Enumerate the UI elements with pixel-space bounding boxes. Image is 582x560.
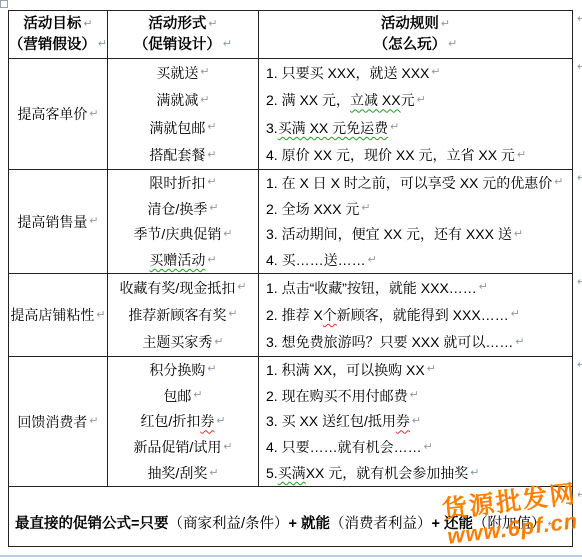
header-cell-form[interactable]: 活动形式↵（促销设计）↵	[108, 11, 259, 58]
goal-cell[interactable]: 提高店铺粘性↵	[9, 274, 108, 356]
rule-line: 5. 买满 XX 元，就有机会参加抽奖↵	[266, 466, 479, 480]
text-segment: 主题买家秀	[142, 335, 212, 349]
line-break-mark: ↵	[207, 364, 216, 375]
header-line: 活动规则↵	[381, 17, 450, 32]
line-break-mark: ↵	[412, 416, 421, 427]
line-break-mark: ↵	[207, 122, 216, 133]
rule-cell[interactable]: 1. 在 X 日 X 时之前，可以享受 XX 元的优惠价↵2. 全场 XXX 元…	[259, 170, 572, 273]
text-segment: 新品促销/试用	[133, 440, 221, 454]
form-line: 搭配套餐↵	[149, 148, 216, 162]
text-segment: 搭配套餐	[149, 148, 205, 162]
formula-keyword: + 还能	[432, 517, 474, 532]
line-break-mark: ↵	[223, 229, 232, 240]
text-segment: 提高销售量	[17, 215, 87, 229]
rule-line: 3. 买满 XX 元免运费↵	[266, 121, 399, 135]
form-line: 包邮↵	[163, 389, 202, 403]
text-segment: 收藏有奖/现金抵扣	[119, 281, 235, 295]
text-segment: 回馈消费者	[17, 415, 87, 429]
rule-line: 3. 活动期间，便宜 XX 元，还有 XXX 送↵	[266, 227, 523, 241]
table-header-row: 活动目标↵（营销假设）↵活动形式↵（促销设计）↵活动规则↵（怎么玩）↵	[9, 11, 572, 59]
line-break-mark: ↵	[424, 442, 433, 453]
header-line: （促销设计）↵	[134, 38, 232, 53]
line-break-mark: ↵	[193, 390, 202, 401]
line-break-mark: ↵	[514, 229, 523, 240]
form-cell[interactable]: 积分换购↵包邮↵红包/折扣券↵新品促销/试用↵抽奖/刮奖↵	[108, 357, 259, 486]
form-line: 积分换购↵	[149, 363, 216, 377]
line-break-mark: ↵	[223, 442, 232, 453]
line-break-mark: ↵	[96, 310, 105, 321]
formula-text: （商家利益/条件）	[168, 517, 288, 532]
goal-label: 提高销售量↵	[17, 215, 98, 229]
goal-cell[interactable]: 回馈消费者↵	[9, 357, 108, 486]
form-cell[interactable]: 买就送↵满就减↵满就包邮↵搭配套餐↵	[108, 59, 259, 169]
text-segment: 1. 点击“收藏”按钮，就能 XXX……	[266, 281, 477, 295]
form-line: 买赠活动↵	[149, 253, 216, 267]
text-segment: 2. 满 XX 元，	[266, 93, 350, 107]
text-segment: 活动形式	[148, 17, 206, 32]
text-segment: 买就送	[156, 66, 198, 80]
line-break-mark: ↵	[89, 109, 98, 120]
rule-line: 4. 原价 XX 元，现价 XX 元，立省 XX 元↵	[266, 148, 526, 162]
text-segment: （促销设计）	[134, 38, 221, 53]
line-break-mark: ↵	[207, 150, 216, 161]
text-segment: 4. 买……送……	[266, 253, 366, 267]
line-break-mark: ↵	[83, 19, 92, 30]
formula-text: （附加值）	[473, 517, 546, 532]
line-break-mark: ↵	[208, 19, 217, 30]
formula-line: 最直接的促销公式=只要（商家利益/条件）+ 就能（消费者利益）+ 还能（附加值）…	[15, 517, 557, 532]
line-break-mark: ↵	[361, 203, 370, 214]
rule-cell[interactable]: 1. 点击“收藏”按钮，就能 XXX……↵2. 推荐 X 个新顾客，就能得到 X…	[259, 274, 572, 356]
form-line: 红包/折扣券↵	[140, 414, 225, 428]
text-segment: 元	[401, 93, 415, 107]
text-segment: （营销假设）	[9, 38, 96, 53]
text-segment: （怎么玩）	[374, 38, 447, 53]
spellcheck-red-underline: 券	[396, 414, 410, 428]
table-group-row: 提高销售量↵限时折扣↵清仓/换季↵季节/庆典促销↵买赠活动↵1. 在 X 日 X…	[9, 170, 572, 274]
form-line: 抽奖/刮奖↵	[147, 466, 218, 480]
line-break-mark: ↵	[511, 309, 520, 320]
header-cell-goal[interactable]: 活动目标↵（营销假设）↵	[9, 11, 108, 58]
page-edge-line	[0, 555, 582, 557]
text-segment: 4. 原价 XX 元，现价 XX 元，立省 XX 元	[266, 148, 515, 162]
rule-cell[interactable]: 1. 积满 XX，可以换购 XX↵2. 现在购买不用付邮费↵3. 买 XX 送红…	[259, 357, 572, 486]
promotion-table: 活动目标↵（营销假设）↵活动形式↵（促销设计）↵活动规则↵（怎么玩）↵提高客单价…	[8, 10, 573, 547]
line-break-mark: ↵	[89, 416, 98, 427]
form-line: 新品促销/试用↵	[133, 440, 232, 454]
rule-line: 1. 只要买 XXX，就送 XXX↵	[266, 66, 441, 80]
formula-row: 最直接的促销公式=只要（商家利益/条件）+ 就能（消费者利益）+ 还能（附加值）…	[9, 487, 572, 546]
header-line: （营销假设）↵	[9, 38, 107, 53]
text-segment: 1. 在 X 日 X 时之前，可以享受 XX 元的优惠价	[266, 176, 552, 190]
form-line: 收藏有奖/现金抵扣↵	[119, 281, 246, 295]
form-line: 限时折扣↵	[149, 176, 216, 190]
spellcheck-red-underline: 券	[200, 414, 214, 428]
line-break-mark: ↵	[200, 95, 209, 106]
line-break-mark: ↵	[479, 282, 488, 293]
formula-keyword: + 就能	[289, 517, 331, 532]
line-break-mark: ↵	[209, 468, 218, 479]
line-break-mark: ↵	[410, 390, 419, 401]
form-cell[interactable]: 限时折扣↵清仓/换季↵季节/庆典促销↵买赠活动↵	[108, 170, 259, 273]
goal-cell[interactable]: 提高销售量↵	[9, 170, 108, 273]
formula-keyword: 最直接的促销公式=只要	[15, 517, 168, 532]
row-end-mark: ↵	[577, 490, 582, 501]
line-break-mark: ↵	[517, 150, 526, 161]
text-segment: 3.	[266, 121, 278, 135]
text-segment: 积分换购	[149, 363, 205, 377]
goal-label: 提高店铺粘性↵	[10, 308, 105, 322]
text-segment: 提高客单价	[17, 107, 87, 121]
table-group-row: 回馈消费者↵积分换购↵包邮↵红包/折扣券↵新品促销/试用↵抽奖/刮奖↵1. 积满…	[9, 357, 572, 487]
text-segment: 清仓/换季	[147, 202, 207, 216]
rule-cell[interactable]: 1. 只要买 XXX，就送 XXX↵2. 满 XX 元，立减 XX 元↵3. 买…	[259, 59, 572, 169]
rule-line: 4. 只要……就有机会……↵	[266, 440, 433, 454]
line-break-mark: ↵	[427, 364, 436, 375]
table-move-handle-icon[interactable]	[0, 0, 8, 8]
text-segment: 2. 现在购买不用付邮费	[266, 389, 408, 403]
rule-line: 1. 在 X 日 X 时之前，可以享受 XX 元的优惠价↵	[266, 176, 563, 190]
table-group-row: 提高店铺粘性↵收藏有奖/现金抵扣↵推荐新顾客有奖↵主题买家秀↵1. 点击“收藏”…	[9, 274, 572, 357]
line-break-mark: ↵	[207, 177, 216, 188]
line-break-mark: ↵	[207, 255, 216, 266]
goal-cell[interactable]: 提高客单价↵	[9, 59, 108, 169]
text-segment: 2. 推荐 X	[266, 308, 323, 322]
goal-label: 提高客单价↵	[17, 107, 98, 121]
text-segment: 提高店铺粘性	[10, 308, 94, 322]
rule-line: 2. 推荐 X 个新顾客，就能得到 XXX……↵	[266, 308, 520, 322]
text-segment: 限时折扣	[149, 176, 205, 190]
form-cell[interactable]: 收藏有奖/现金抵扣↵推荐新顾客有奖↵主题买家秀↵	[108, 274, 259, 356]
row-end-mark: ↵	[577, 62, 582, 73]
text-segment: 1. 积满 XX，可以换购 XX	[266, 363, 425, 377]
line-break-mark: ↵	[431, 67, 440, 78]
form-line: 满就包邮↵	[149, 121, 216, 135]
text-segment: 新顾客，就能得到 XXX……	[337, 308, 509, 322]
spellcheck-green-underline: 买满 XX 元免运费	[278, 121, 388, 135]
line-break-mark: ↵	[470, 468, 479, 479]
text-segment: 红包/折扣	[140, 414, 200, 428]
row-end-mark: ↵	[577, 14, 582, 25]
text-segment: 活动规则	[381, 17, 439, 32]
rule-line: 1. 点击“收藏”按钮，就能 XXX……↵	[266, 281, 488, 295]
line-break-mark: ↵	[448, 39, 457, 50]
text-segment: 满就包邮	[149, 121, 205, 135]
text-segment: 1. 只要买 XXX，就送 XXX	[266, 66, 429, 80]
text-segment: 推荐新顾客有奖	[128, 308, 226, 322]
rule-line: 3. 买 XX 送红包/抵用券↵	[266, 414, 421, 428]
line-break-mark: ↵	[98, 39, 107, 50]
header-cell-rule[interactable]: 活动规则↵（怎么玩）↵	[259, 11, 572, 58]
row-end-mark: ↵	[577, 173, 582, 184]
line-break-mark: ↵	[216, 416, 225, 427]
line-break-mark: ↵	[515, 337, 524, 348]
text-segment: 季节/庆典促销	[133, 227, 221, 241]
header-line: 活动形式↵	[148, 17, 217, 32]
form-line: 季节/庆典促销↵	[133, 227, 232, 241]
goal-label: 回馈消费者↵	[17, 415, 98, 429]
rule-line: 2. 现在购买不用付邮费↵	[266, 389, 419, 403]
rule-line: 1. 积满 XX，可以换购 XX↵	[266, 363, 436, 377]
row-end-mark: ↵	[577, 277, 582, 288]
formula-text: （消费者利益）	[330, 517, 432, 532]
formula-cell[interactable]: 最直接的促销公式=只要（商家利益/条件）+ 就能（消费者利益）+ 还能（附加值）…	[9, 487, 572, 546]
line-break-mark: ↵	[368, 255, 377, 266]
spellcheck-green-underline: 买赠活动	[149, 253, 205, 267]
text-segment: 2. 全场 XXX 元	[266, 202, 359, 216]
header-line: 活动目标↵	[23, 17, 92, 32]
form-line: 推荐新顾客有奖↵	[128, 308, 237, 322]
line-break-mark: ↵	[417, 95, 426, 106]
text-segment: 包邮	[163, 389, 191, 403]
form-line: 满就减↵	[156, 93, 209, 107]
document-page: 活动目标↵（营销假设）↵活动形式↵（促销设计）↵活动规则↵（怎么玩）↵提高客单价…	[0, 0, 582, 560]
form-line: 主题买家秀↵	[142, 335, 223, 349]
line-break-mark: ↵	[200, 67, 209, 78]
spellcheck-red-underline: 个	[323, 308, 337, 322]
line-break-mark: ↵	[548, 519, 557, 530]
row-end-mark: ↵	[577, 360, 582, 371]
rule-line: 2. 满 XX 元，立减 XX 元↵	[266, 93, 426, 107]
line-break-mark: ↵	[214, 337, 223, 348]
line-break-mark: ↵	[554, 177, 563, 188]
form-line: 清仓/换季↵	[147, 202, 218, 216]
table-group-row: 提高客单价↵买就送↵满就减↵满就包邮↵搭配套餐↵1. 只要买 XXX，就送 XX…	[9, 59, 572, 170]
spellcheck-green-underline: 立减 XX	[350, 93, 401, 107]
rule-line: 2. 全场 XXX 元↵	[266, 202, 371, 216]
line-break-mark: ↵	[89, 216, 98, 227]
text-segment: 满就减	[156, 93, 198, 107]
text-segment: 5.	[266, 466, 278, 480]
line-break-mark: ↵	[223, 39, 232, 50]
text-segment: 3. 想免费旅游吗？只要 XXX 就可以……	[266, 335, 513, 349]
line-break-mark: ↵	[390, 122, 399, 133]
line-break-mark: ↵	[441, 19, 450, 30]
text-segment: 活动目标	[23, 17, 81, 32]
rule-line: 3. 想免费旅游吗？只要 XXX 就可以……↵	[266, 335, 525, 349]
header-line: （怎么玩）↵	[374, 38, 458, 53]
line-break-mark: ↵	[209, 203, 218, 214]
line-break-mark: ↵	[237, 282, 246, 293]
text-segment: XX 元，就有机会参加抽奖	[306, 466, 469, 480]
rule-line: 4. 买……送……↵	[266, 253, 377, 267]
text-segment: 3. 活动期间，便宜 XX 元，还有 XXX 送	[266, 227, 512, 241]
form-line: 买就送↵	[156, 66, 209, 80]
line-break-mark: ↵	[228, 309, 237, 320]
text-segment: 抽奖/刮奖	[147, 466, 207, 480]
text-segment: 4. 只要……就有机会……	[266, 440, 422, 454]
spellcheck-green-underline: 买满	[278, 466, 306, 480]
text-segment: 3. 买 XX 送红包/抵用	[266, 414, 396, 428]
